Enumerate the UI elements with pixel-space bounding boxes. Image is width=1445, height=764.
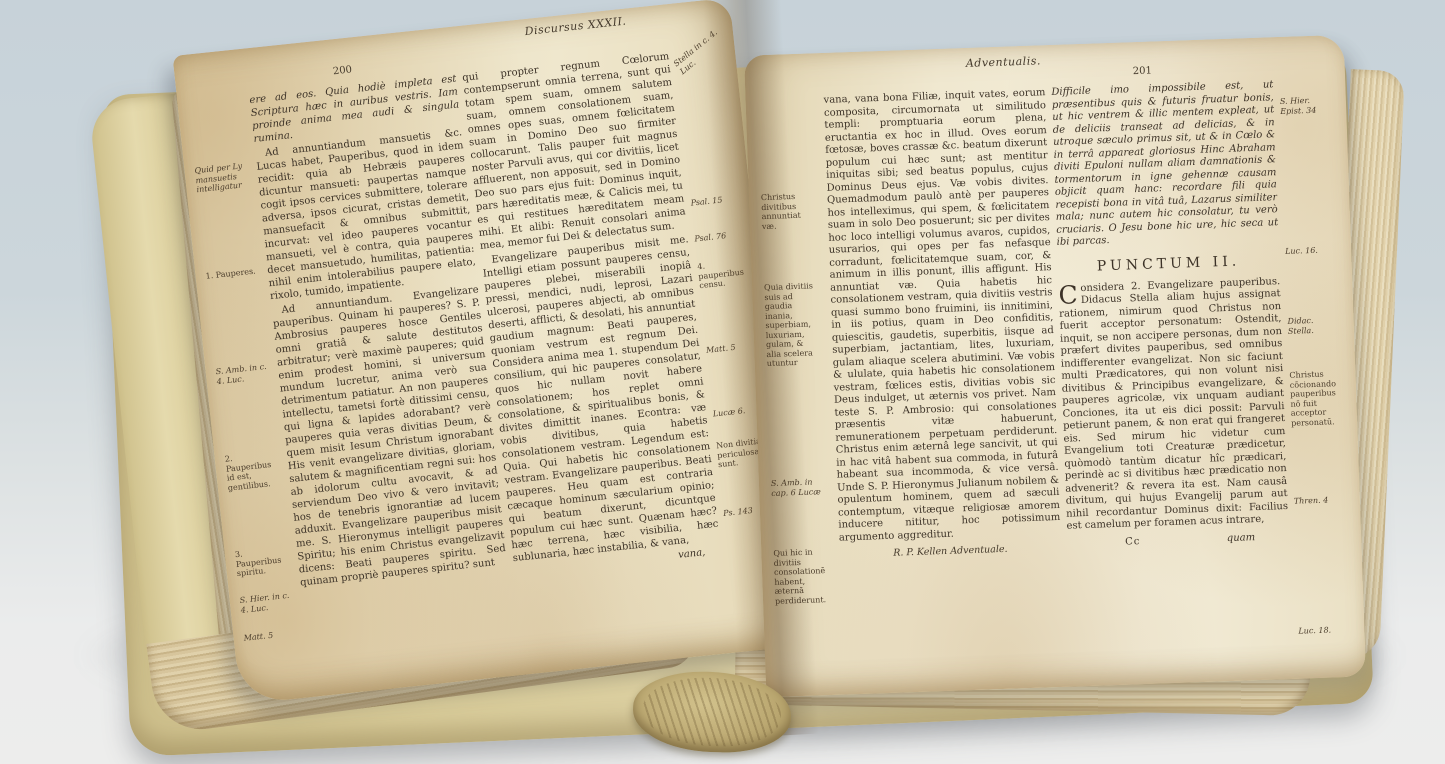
body-paragraph: Difficile imo impossibile est, ut præsen… xyxy=(1051,79,1279,249)
margin-note: S. Hier. in c. 4. Luc. xyxy=(239,590,295,615)
photo-background: Discursus XXXII. 200 Quid per Ly mansuet… xyxy=(0,0,1445,764)
margin-note: 3. Pauperibus spiritu. xyxy=(234,545,291,579)
page-number-left: 200 xyxy=(332,64,352,77)
margin-note: S. Hier. Epist. 34 xyxy=(1280,95,1335,116)
margin-note: Didac. Stella. xyxy=(1287,315,1342,336)
margin-note: Stella in c. 4. Luc. xyxy=(672,20,735,76)
body-paragraph: qui propter regnum Cœlorum contempserunt… xyxy=(462,50,688,253)
right-page-surface: Adventualis. 201 Christus divitibus annu… xyxy=(744,35,1366,698)
margin-note: Luc. 16. xyxy=(1285,245,1339,256)
margin-note: Christus cōcionando pauperibus nō fuit a… xyxy=(1289,369,1345,428)
body-paragraph: Evangelizare pauperibus misit me. Intell… xyxy=(481,233,720,565)
margin-note: Matt. 5 xyxy=(243,628,298,643)
gathering-signature: Cc xyxy=(1125,536,1141,548)
margin-note: Luc. 18. xyxy=(1298,625,1352,636)
body-paragraph: Ad annuntiandum. Evangelizare pauperibus… xyxy=(271,283,508,589)
catchword-right: quam xyxy=(1227,532,1256,544)
margin-note: Matt. 5 xyxy=(706,340,761,355)
right-page: Adventualis. 201 Christus divitibus annu… xyxy=(744,35,1366,698)
left-page: Discursus XXXII. 200 Quid per Ly mansuet… xyxy=(172,0,797,704)
right-page-column-1: vana, vana bona Filiæ, inquit vates, eor… xyxy=(823,87,1065,680)
margin-note: Quid per Ly mansuetis intelligatur xyxy=(194,161,251,195)
margin-note: 1. Pauperes. xyxy=(205,266,260,281)
margin-note: Psal. 15 xyxy=(690,193,745,208)
margin-note: Christus divitibus annuntiat væ. xyxy=(761,191,816,231)
series-footer: R. P. Kellen Adventuale. xyxy=(839,542,1061,561)
page-number-right: 201 xyxy=(1133,65,1152,77)
punctum-heading: PUNCTUM II. xyxy=(1057,252,1279,276)
right-page-columns: Christus divitibus annuntiat væ. Quia di… xyxy=(744,35,1366,684)
body-paragraph: vana, vana bona Filiæ, inquit vates, eor… xyxy=(823,87,1061,544)
margin-note: 2. Pauperibus id est, gentilibus. xyxy=(224,449,282,492)
margin-note: Thren. 4 xyxy=(1294,495,1348,506)
margin-note: Quia divitiis suis ad gaudia inania, sup… xyxy=(764,281,821,368)
left-page-columns: Quid per Ly mansuetis intelligatur 1. Pa… xyxy=(172,0,795,683)
left-page-surface: Discursus XXXII. 200 Quid per Ly mansuet… xyxy=(172,0,797,704)
margin-note: Psal. 76 xyxy=(694,229,749,244)
body-paragraph: Considera 2. Evangelizare pauperibus. Di… xyxy=(1058,276,1289,534)
margin-note: S. Amb. in cap. 6 Lucæ xyxy=(771,477,826,498)
margin-note: 4. pauperibus censu. xyxy=(697,257,754,291)
margin-note: Qui hic in divitiis consolationē habent,… xyxy=(773,547,829,606)
right-page-column-2: Difficile imo impossibile est, ut præsen… xyxy=(1051,79,1293,672)
body-paragraph: Ad annuntiandum mansuetis &c. Lucas habe… xyxy=(255,126,478,303)
margin-note: S. Amb. in c. 4. Luc. xyxy=(215,362,271,387)
